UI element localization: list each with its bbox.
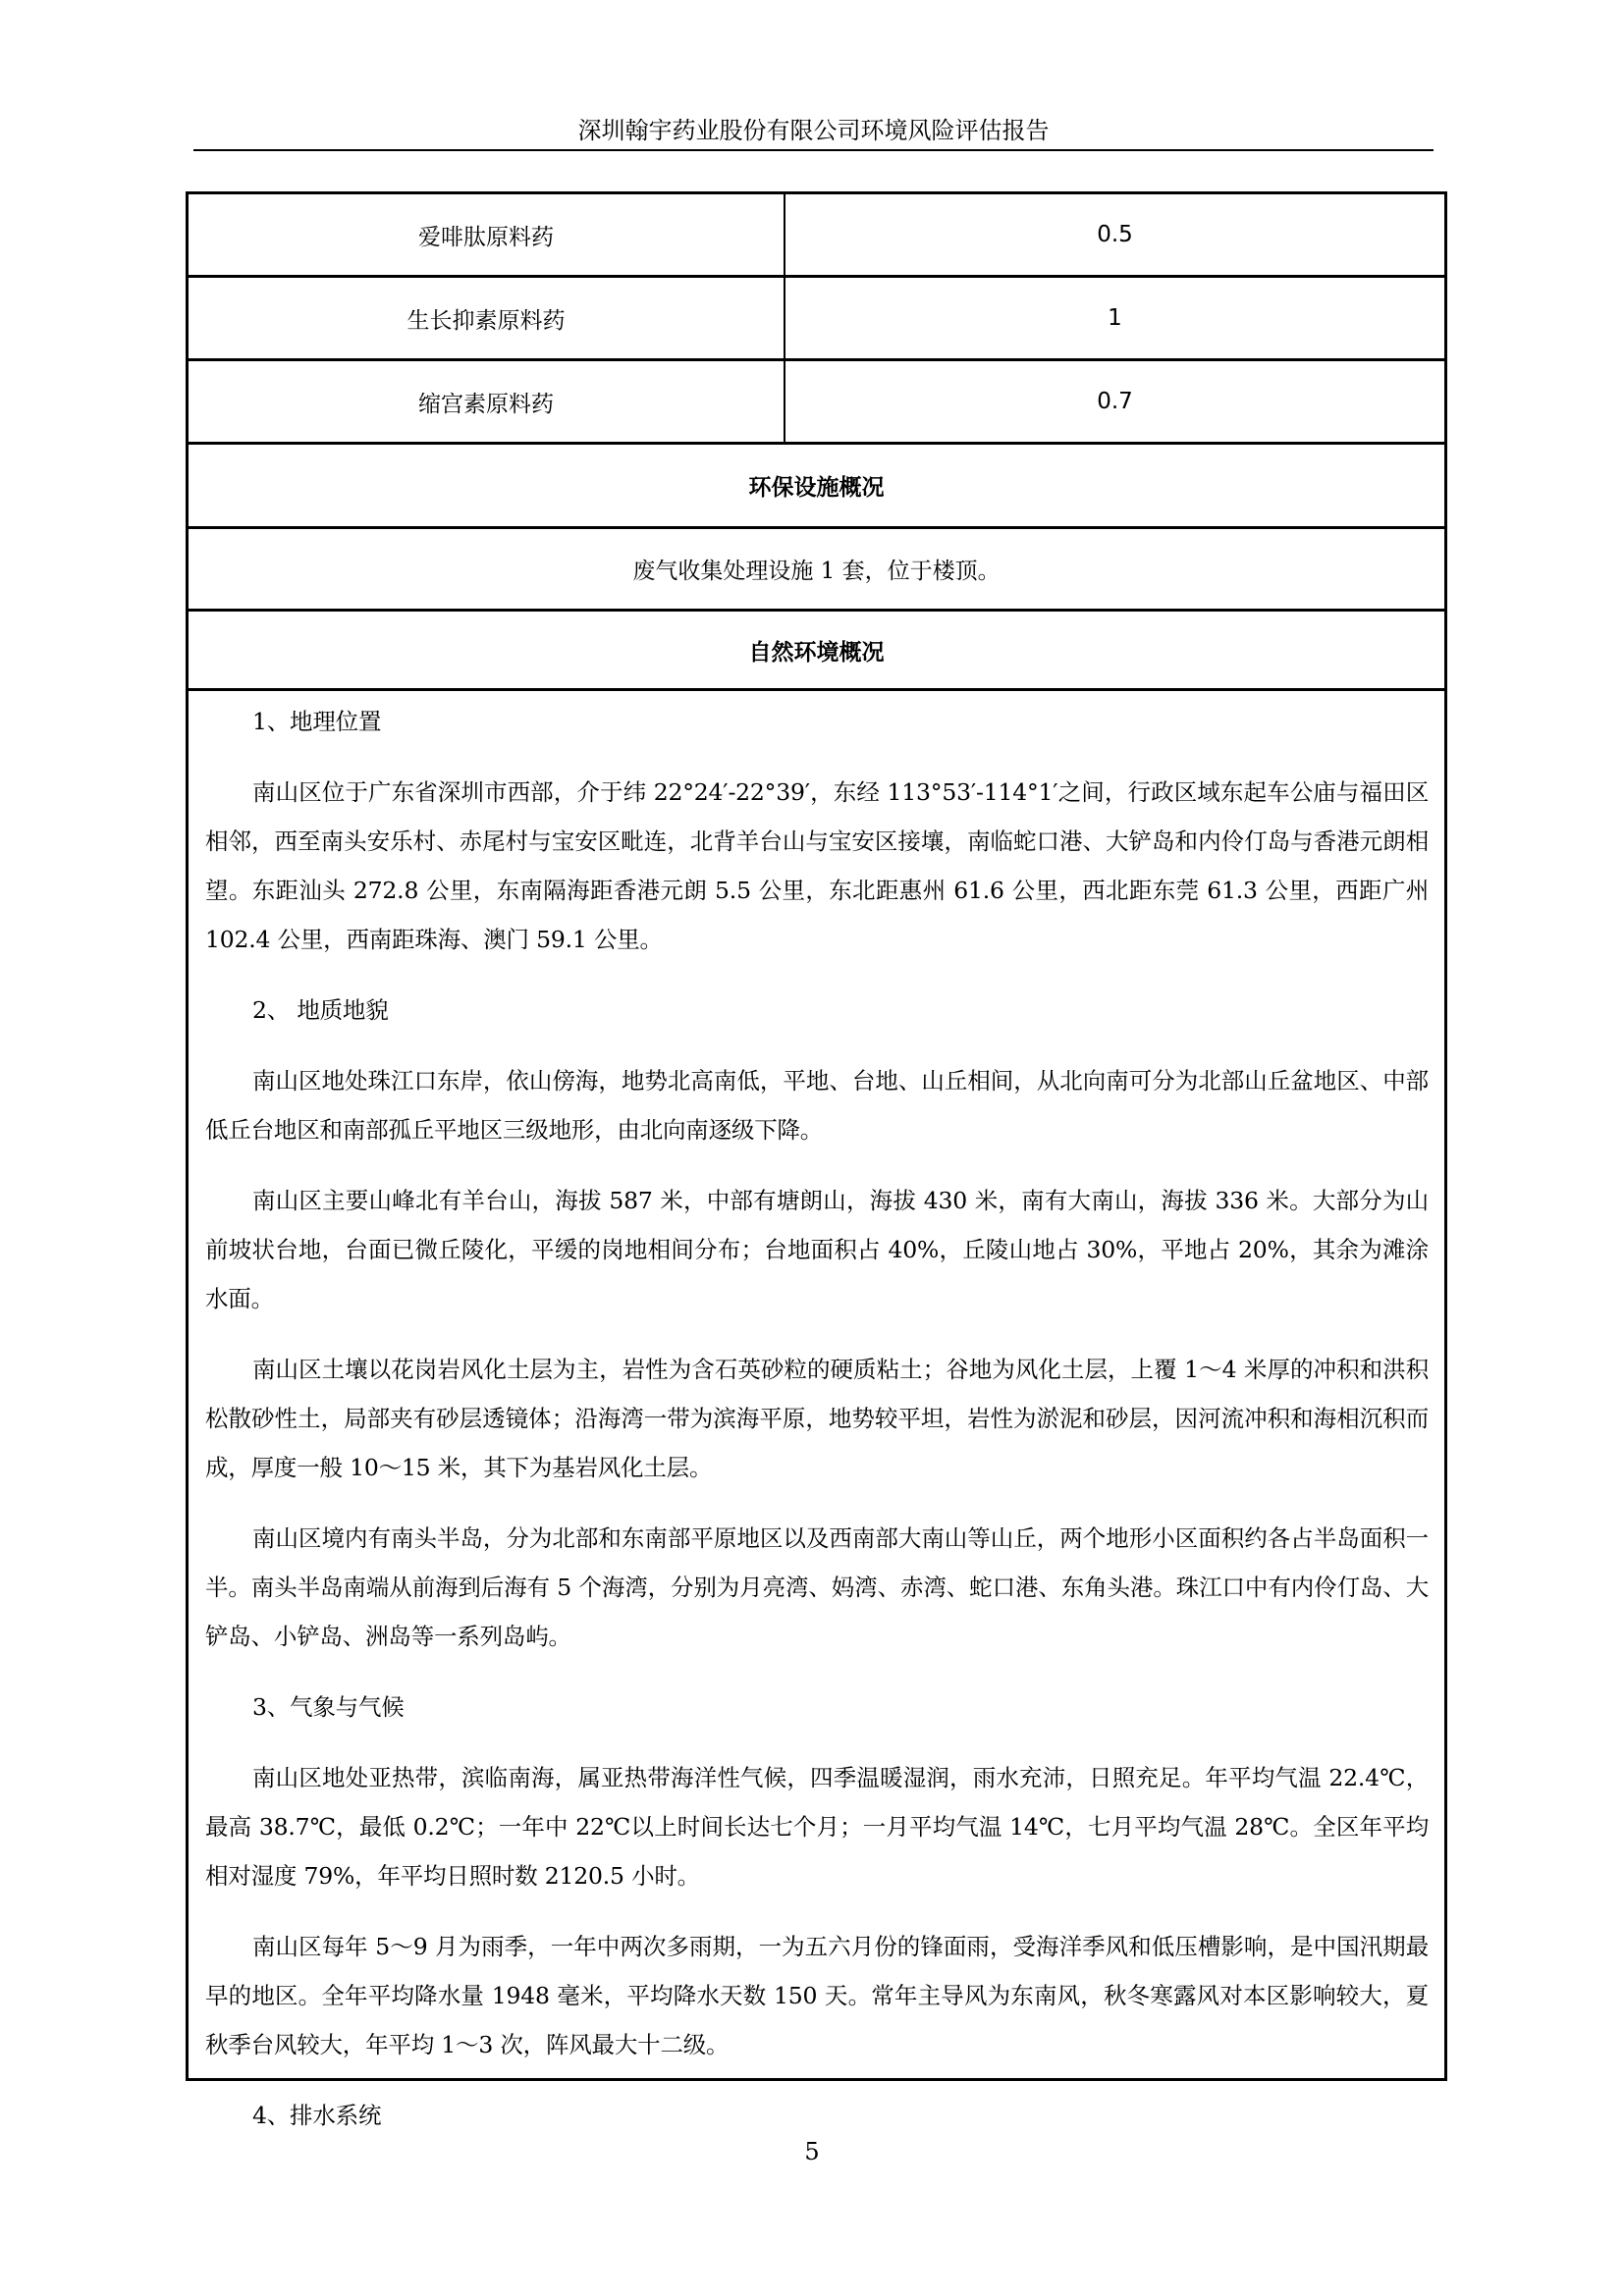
table-row: 生长抑素原料药 1 — [189, 278, 1444, 361]
paragraph: 南山区主要山峰北有羊台山，海拔 587 米，中部有塘朗山，海拔 430 米，南有… — [205, 1176, 1429, 1323]
section-title-row: 自然环境概况 — [189, 612, 1444, 691]
section-heading: 3、气象与气候 — [205, 1682, 1429, 1732]
paragraph: 南山区地处亚热带，滨临南海，属亚热带海洋性气候，四季温暖湿润，雨水充沛，日照充足… — [205, 1753, 1429, 1900]
product-name: 生长抑素原料药 — [189, 278, 785, 358]
product-name: 缩宫素原料药 — [189, 361, 785, 442]
paragraph: 南山区境内有南头半岛，分为北部和东南部平原地区以及西南部大南山等山丘，两个地形小… — [205, 1514, 1429, 1661]
env-facilities-content: 废气收集处理设施 1 套，位于楼顶。 — [189, 529, 1444, 609]
paragraph: 南山区地处珠江口东岸，依山傍海，地势北高南低，平地、台地、山丘相间，从北向南可分… — [205, 1056, 1429, 1154]
paragraph: 南山区每年 5～9 月为雨季，一年中两次多雨期，一为五六月份的锋面雨，受海洋季风… — [205, 1922, 1429, 2069]
env-facilities-row: 废气收集处理设施 1 套，位于楼顶。 — [189, 529, 1444, 612]
section-heading: 4、排水系统 — [205, 2091, 1429, 2140]
product-name: 爱啡肽原料药 — [189, 194, 785, 275]
product-value: 0.5 — [785, 194, 1444, 275]
page-header-title: 深圳翰宇药业股份有限公司环境风险评估报告 — [193, 111, 1434, 150]
product-value: 1 — [785, 278, 1444, 358]
section-heading: 2、 地质地貌 — [205, 986, 1429, 1035]
table-row: 缩宫素原料药 0.7 — [189, 361, 1444, 445]
section-heading: 1、地理位置 — [205, 697, 1429, 746]
section-title-row: 环保设施概况 — [189, 445, 1444, 529]
page-number: 5 — [0, 2138, 1624, 2165]
env-facilities-title: 环保设施概况 — [189, 445, 1444, 526]
header-rule — [193, 149, 1434, 151]
report-table: 爱啡肽原料药 0.5 生长抑素原料药 1 缩宫素原料药 0.7 环保设施概况 废… — [186, 191, 1447, 2081]
natural-env-body: 1、地理位置 南山区位于广东省深圳市西部，介于纬 22°24′-22°39′，东… — [189, 691, 1444, 2078]
paragraph: 南山区位于广东省深圳市西部，介于纬 22°24′-22°39′，东经 113°5… — [205, 768, 1429, 964]
table-row: 爱啡肽原料药 0.5 — [189, 194, 1444, 278]
product-value: 0.7 — [785, 361, 1444, 442]
natural-env-title: 自然环境概况 — [189, 612, 1444, 688]
paragraph: 南山区土壤以花岗岩风化土层为主，岩性为含石英砂粒的硬质粘土；谷地为风化土层，上覆… — [205, 1345, 1429, 1492]
